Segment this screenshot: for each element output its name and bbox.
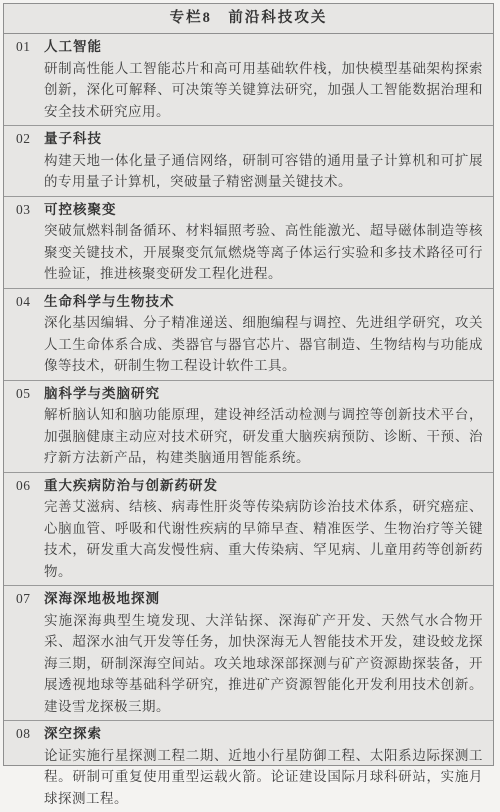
- section-title: 重大疾病防治与创新药研发: [44, 475, 218, 497]
- section: 02 量子科技 构建天地一体化量子通信网络，研制可容错的通用量子计算机和可扩展的…: [4, 126, 493, 197]
- section: 01 人工智能 研制高性能人工智能芯片和高可用基础软件栈，加快模型基础架构探索创…: [4, 34, 493, 126]
- section-body: 完善艾滋病、结核、病毒性肝炎等传染病防诊治技术体系，研究癌症、心脑血管、呼吸和代…: [44, 496, 483, 582]
- section-number: 03: [16, 199, 44, 221]
- section-body: 研制高性能人工智能芯片和高可用基础软件栈，加快模型基础架构探索创新，深化可解释、…: [44, 58, 483, 123]
- section-body: 实施深海典型生境发现、大洋钻探、深海矿产开发、天然气水合物开采、超深水油气开发等…: [44, 610, 483, 718]
- section: 06 重大疾病防治与创新药研发 完善艾滋病、结核、病毒性肝炎等传染病防诊治技术体…: [4, 473, 493, 587]
- section: 03 可控核聚变 突破氚燃料制备循环、材料辐照考验、高性能激光、超导磁体制造等核…: [4, 197, 493, 289]
- section-title: 人工智能: [44, 36, 102, 58]
- section-heading: 04 生命科学与生物技术: [16, 291, 483, 313]
- section: 08 深空探索 论证实施行星探测工程二期、近地小行星防御工程、太阳系边际探测工程…: [4, 721, 493, 772]
- section-number: 04: [16, 291, 44, 313]
- section-heading: 03 可控核聚变: [16, 199, 483, 221]
- section-number: 02: [16, 128, 44, 150]
- section-body: 论证实施行星探测工程二期、近地小行星防御工程、太阳系边际探测工程。研制可重复使用…: [44, 745, 483, 773]
- section-number: 05: [16, 383, 44, 405]
- section-title: 脑科学与类脑研究: [44, 383, 160, 405]
- section-body: 构建天地一体化量子通信网络，研制可容错的通用量子计算机和可扩展的专用量子计算机，…: [44, 150, 483, 193]
- section-number: 08: [16, 723, 44, 745]
- section-number: 01: [16, 36, 44, 58]
- section-heading: 08 深空探索: [16, 723, 483, 745]
- sections-container: 01 人工智能 研制高性能人工智能芯片和高可用基础软件栈，加快模型基础架构探索创…: [4, 34, 493, 772]
- box-frame: 专栏8 前沿科技攻关 01 人工智能 研制高性能人工智能芯片和高可用基础软件栈，…: [3, 3, 494, 766]
- section: 04 生命科学与生物技术 深化基因编辑、分子精准递送、细胞编程与调控、先进组学研…: [4, 289, 493, 381]
- section-number: 06: [16, 475, 44, 497]
- section-heading: 06 重大疾病防治与创新药研发: [16, 475, 483, 497]
- section-body: 解析脑认知和脑功能原理，建设神经活动检测与调控等创新技术平台，加强脑健康主动应对…: [44, 404, 483, 469]
- section-title: 生命科学与生物技术: [44, 291, 175, 313]
- section-heading: 05 脑科学与类脑研究: [16, 383, 483, 405]
- section-body: 突破氚燃料制备循环、材料辐照考验、高性能激光、超导磁体制造等核聚变关键技术，开展…: [44, 220, 483, 285]
- box-title: 专栏8 前沿科技攻关: [4, 4, 493, 34]
- section-title: 可控核聚变: [44, 199, 117, 221]
- section-heading: 02 量子科技: [16, 128, 483, 150]
- section-title: 深海深地极地探测: [44, 588, 160, 610]
- section-title: 量子科技: [44, 128, 102, 150]
- section-number: 07: [16, 588, 44, 610]
- section: 05 脑科学与类脑研究 解析脑认知和脑功能原理，建设神经活动检测与调控等创新技术…: [4, 381, 493, 473]
- section-heading: 07 深海深地极地探测: [16, 588, 483, 610]
- section: 07 深海深地极地探测 实施深海典型生境发现、大洋钻探、深海矿产开发、天然气水合…: [4, 586, 493, 721]
- section-body: 深化基因编辑、分子精准递送、细胞编程与调控、先进组学研究，攻关人工生命体系合成、…: [44, 312, 483, 377]
- section-heading: 01 人工智能: [16, 36, 483, 58]
- section-title: 深空探索: [44, 723, 102, 745]
